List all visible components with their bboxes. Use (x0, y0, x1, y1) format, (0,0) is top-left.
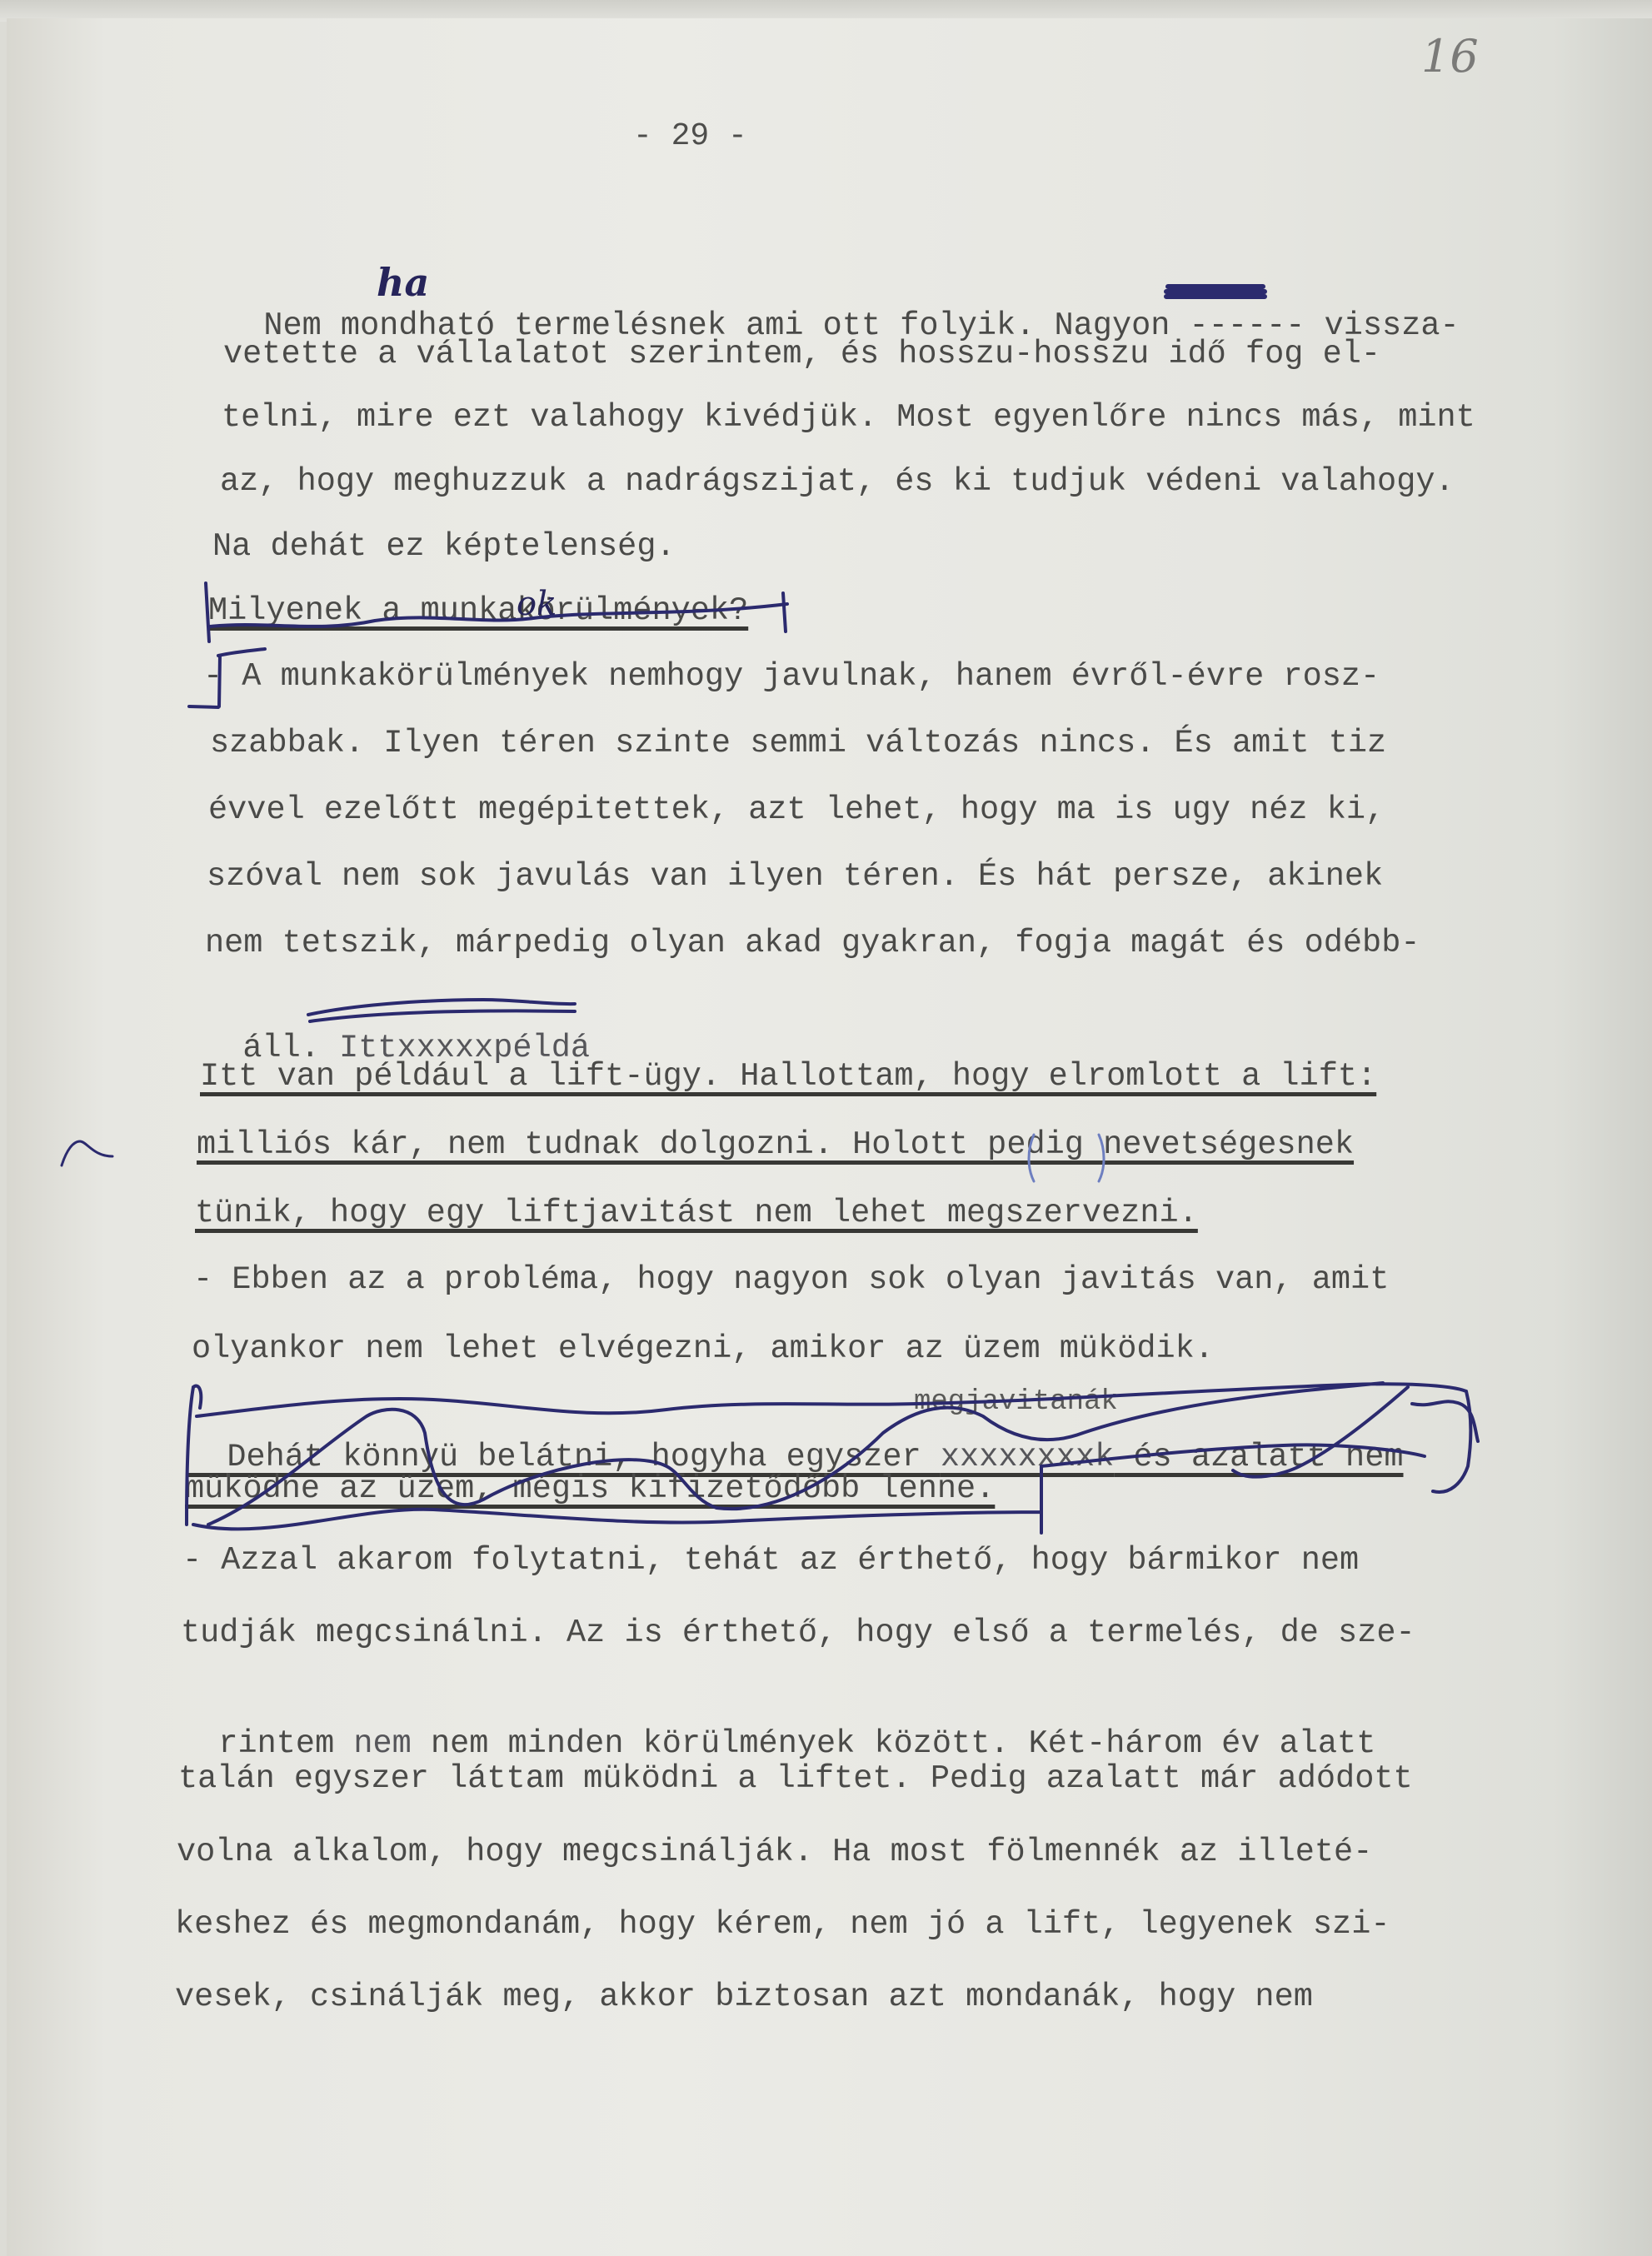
text-line: vesek, csinálják meg, akkor biztosan azt… (175, 1978, 1313, 2016)
line-text: és azalatt nem (1114, 1439, 1403, 1475)
text-line: Na dehát ez képtelenség. (212, 527, 676, 566)
text-line: az, hogy meghuzzuk a nadrágszijat, és ki… (220, 462, 1455, 501)
text-line: vetette a vállalatot szerintem, és hossz… (223, 335, 1380, 373)
text-line: szóval nem sok javulás van ilyen téren. … (207, 857, 1383, 896)
text-line: - Ebben az a probléma, hogy nagyon sok o… (193, 1260, 1389, 1299)
text-line: rintem nem nem minden körülmények között… (180, 1686, 1375, 1763)
text-line: szabbak. Ilyen téren szinte semmi változ… (210, 724, 1386, 762)
text-line: talán egyszer láttam müködni a liftet. P… (178, 1759, 1413, 1798)
text-line: volna alkalom, hogy megcsinálják. Ha mos… (177, 1833, 1372, 1871)
text-line: tudják megcsinálni. Az is érthető, hogy … (181, 1614, 1415, 1652)
struck-passage-line: müködne az üzem, mégis kifizetődőbb lenn… (185, 1470, 995, 1508)
struck-passage-line: Dehát könnyü belátni, hogyha egyszer xxx… (188, 1400, 1404, 1476)
text-line: nem tetszik, márpedig olyan akad gyakran… (205, 924, 1420, 962)
handwritten-insertion: ha (377, 260, 429, 305)
folio-number: 16 (1421, 30, 1479, 82)
interview-question: Milyenek a munkakörülmények? (208, 591, 748, 630)
crossed-out-text: nem (353, 1725, 411, 1762)
text-line: telni, mire ezt valahogy kivédjük. Most … (222, 398, 1475, 437)
text-line: keshez és megmondanám, hogy kérem, nem j… (175, 1905, 1390, 1944)
underlined-line: tünik, hogy egy liftjavitást nem lehet m… (195, 1194, 1198, 1232)
text-line: - A munkakörülmények nemhogy javulnak, h… (203, 657, 1380, 696)
handwritten-insertion: ok (517, 585, 556, 623)
underlined-line: milliós kár, nem tudnak dolgozni. Holott… (197, 1126, 1354, 1164)
line-text: nem minden körülmények között. Két-három… (412, 1725, 1376, 1762)
text-line: áll. Ittxxxxxpéldá (204, 991, 590, 1067)
underlined-line: Itt van például a lift-ügy. Hallottam, h… (200, 1057, 1376, 1096)
page-number: - 29 - (633, 118, 747, 154)
text-line: évvel ezelőtt megépitettek, azt lehet, h… (208, 791, 1385, 829)
line-text: rintem (218, 1725, 353, 1762)
text-line: - Azzal akarom folytatni, tehát az érthe… (182, 1541, 1359, 1580)
text-line: olyankor nem lehet elvégezni, amikor az … (192, 1330, 1214, 1368)
